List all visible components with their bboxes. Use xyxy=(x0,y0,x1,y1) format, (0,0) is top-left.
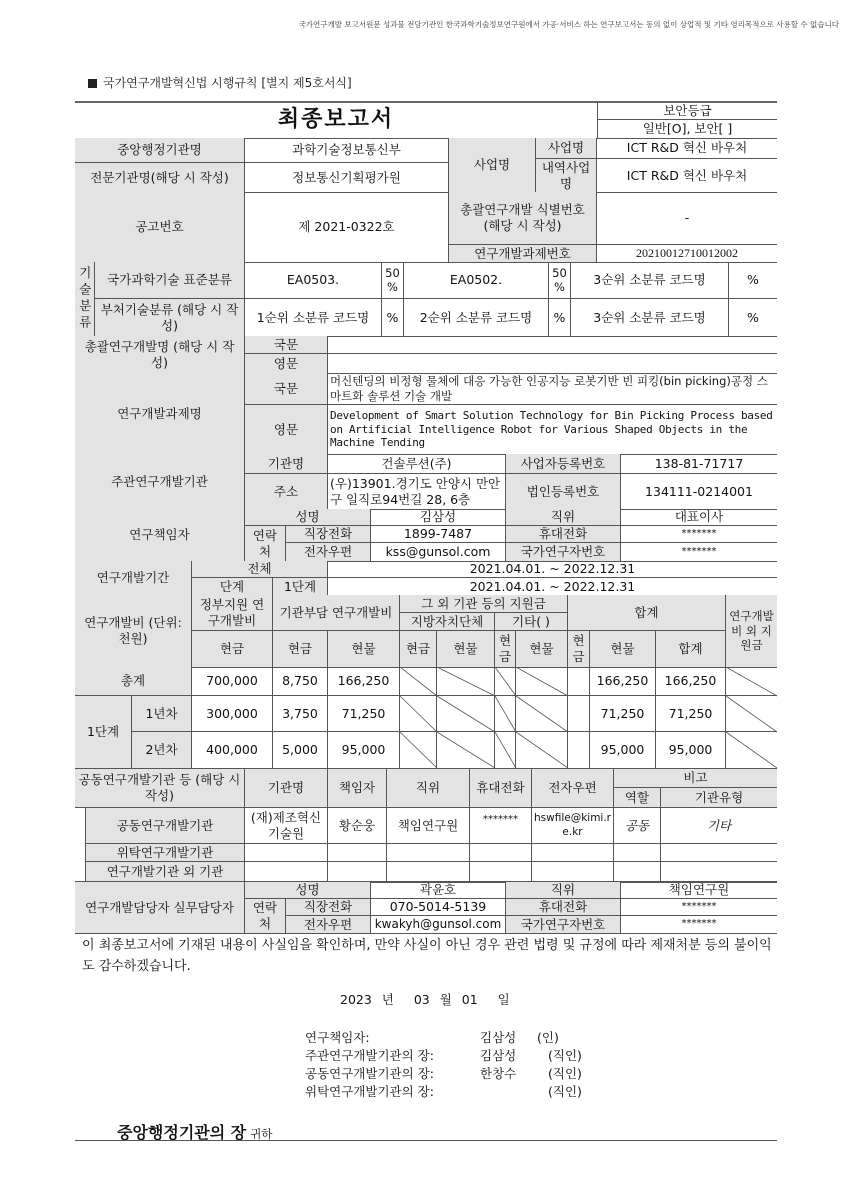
joint-row-cell xyxy=(661,844,777,862)
staff-position-value: 책임연구원 xyxy=(621,882,777,899)
staff-name-value: 곽윤호 xyxy=(371,882,506,899)
biz-reg-label: 사업자등록번호 xyxy=(506,454,621,474)
pi-mobile-value: ******* xyxy=(621,526,777,543)
tech-class-side-label: 기술분류 xyxy=(75,262,95,336)
joint-row-leader: 황순웅 xyxy=(328,808,387,844)
budget-cell: 8,750 xyxy=(273,667,328,696)
sub-business-label: 내역사업명 xyxy=(536,159,597,192)
overall-name-eng-value xyxy=(328,354,777,373)
joint-header-email: 전자우편 xyxy=(532,769,614,808)
overall-id-label: 총괄연구개발 식별번호 (해당 시 작성) xyxy=(449,192,597,245)
period-stage-label: 단계 xyxy=(192,578,273,595)
signature-role: 공동연구개발기관의 장: xyxy=(305,1064,434,1082)
budget-cell xyxy=(437,667,495,696)
budget-sum-label: 합계 xyxy=(568,595,726,631)
budget-cell: 95,000 xyxy=(656,732,726,768)
joint-row-cell xyxy=(614,862,661,881)
security-value: 일반[O], 보안[ ] xyxy=(597,120,777,138)
joint-row-category: 위탁연구개발기관 xyxy=(85,844,245,862)
joint-row-cell xyxy=(661,862,777,881)
budget-other-label: 그 외 기관 등의 지원금 xyxy=(400,595,568,613)
budget-cell xyxy=(495,696,516,732)
pi-office-phone-value: 1899-7487 xyxy=(371,526,506,543)
security-label: 보안등급 xyxy=(597,102,777,120)
project-title-kor-value: 머신텐딩의 비정형 물체에 대응 가능한 인공지능 로봇기반 빈 피킹(bin … xyxy=(328,373,777,405)
budget-org-label: 기관부담 연구개발비 xyxy=(273,595,400,631)
biz-reg-value: 138-81-71717 xyxy=(621,454,777,474)
budget-cell xyxy=(568,732,590,768)
lead-org-label: 주관연구개발기관 xyxy=(75,454,245,509)
joint-row-cell xyxy=(387,862,470,881)
budget-cell xyxy=(495,732,516,768)
budget-cell xyxy=(726,667,777,696)
budget-cell xyxy=(726,696,777,732)
signature-name: 한창수 xyxy=(480,1064,516,1082)
signature-role: 위탁연구개발기관의 장: xyxy=(305,1082,434,1100)
date-month: 03 xyxy=(414,992,430,1007)
pi-researcher-no-label: 국가연구자번호 xyxy=(506,543,621,561)
staff-office-phone-value: 070-5014-5139 xyxy=(371,899,506,916)
footer-rule xyxy=(75,1140,777,1141)
ministry-class-3-code: 3순위 소분류 코드명 xyxy=(571,299,729,336)
pi-office-phone-label: 직장전화 xyxy=(286,526,371,543)
square-bullet-icon xyxy=(88,79,97,88)
budget-outside-label: 연구개발비 외 지원금 xyxy=(726,595,777,667)
pi-email-value: kss@gunsol.com xyxy=(371,543,506,561)
budget-stage-label: 1단계 xyxy=(75,696,132,768)
budget-cell: 95,000 xyxy=(590,732,656,768)
joint-row-cell xyxy=(245,844,328,862)
joint-row-role: 공동 xyxy=(614,808,661,844)
local-kind-header: 현물 xyxy=(437,631,495,667)
central-agency-label: 중앙행정기관명 xyxy=(75,138,245,163)
national-class-1-code: EA0503. xyxy=(245,262,382,299)
joint-row-cell xyxy=(328,844,387,862)
budget-cell: 166,250 xyxy=(590,667,656,696)
date-year-unit: 년 xyxy=(382,992,394,1007)
staff-name-label: 성명 xyxy=(245,882,371,899)
joint-row-category: 연구개발기관 외 기관 xyxy=(85,862,245,881)
national-class-2-code: EA0502. xyxy=(404,262,549,299)
etc-kind-header: 현물 xyxy=(516,631,568,667)
date-year: 2023 xyxy=(340,992,372,1007)
budget-cell: 3,750 xyxy=(273,696,328,732)
business-label: 사업명 xyxy=(449,138,536,192)
staff-researcher-no-value: ******* xyxy=(621,916,777,933)
specialized-agency-label: 전문기관명(해당 시 작성) xyxy=(75,163,245,192)
divider xyxy=(75,933,777,934)
budget-cell xyxy=(437,696,495,732)
budget-cell xyxy=(437,732,495,768)
joint-row-org: (재)제조혁신기술원 xyxy=(245,808,328,844)
ministry-class-3-pct: % xyxy=(729,299,777,336)
signature-seal: (인) xyxy=(537,1028,559,1046)
date-day-unit: 일 xyxy=(498,992,510,1007)
gov-cash-header: 현금 xyxy=(192,631,273,667)
pi-email-label: 전자우편 xyxy=(286,543,371,561)
pi-name-value: 김삼성 xyxy=(371,509,506,526)
staff-mobile-label: 휴대전화 xyxy=(506,899,621,916)
budget-cell xyxy=(516,696,568,732)
date-day: 01 xyxy=(462,992,478,1007)
budget-cell xyxy=(495,667,516,696)
staff-mobile-value: ******* xyxy=(621,899,777,916)
etc-cash-header: 현금 xyxy=(495,631,516,667)
budget-year1-label: 1년차 xyxy=(132,696,192,732)
national-class-3-pct: % xyxy=(729,262,777,299)
specialized-agency-value: 정보통신기획평가원 xyxy=(245,163,449,192)
central-agency-value: 과학기술정보통신부 xyxy=(245,138,449,163)
joint-row-cell xyxy=(532,844,614,862)
joint-row-category: 공동연구개발기관 xyxy=(85,808,245,844)
national-class-label: 국가과학기술 표준분류 xyxy=(95,262,245,299)
sum-kind-header: 현물 xyxy=(590,631,656,667)
budget-cell: 71,250 xyxy=(656,696,726,732)
joint-header-note: 비고 xyxy=(614,769,777,788)
joint-header-org: 기관명 xyxy=(245,769,328,808)
signature-role: 주관연구개발기관의 장: xyxy=(305,1046,434,1064)
national-class-2-pct: 50 % xyxy=(549,262,571,299)
staff-email-label: 전자우편 xyxy=(286,916,371,933)
joint-header-mobile: 휴대전화 xyxy=(470,769,532,808)
ministry-class-1-code: 1순위 소분류 코드명 xyxy=(245,299,382,336)
announcement-value: 제 2021-0322호 xyxy=(245,192,449,262)
budget-cell: 71,250 xyxy=(328,696,400,732)
joint-row-cell xyxy=(470,844,532,862)
overall-id-value: - xyxy=(597,192,777,245)
overall-name-kor-label: 국문 xyxy=(245,336,328,354)
corp-reg-label: 법인등록번호 xyxy=(506,474,621,509)
joint-row-cell xyxy=(328,862,387,881)
announcement-label: 공고번호 xyxy=(75,192,245,262)
address-value: (우)13901.경기도 안양시 만안구 일직로94번길 28, 6층 xyxy=(328,474,506,509)
budget-cell xyxy=(568,696,590,732)
recipient-suffix: 귀하 xyxy=(250,1127,272,1141)
signature-seal: (직인) xyxy=(548,1082,582,1100)
budget-cell xyxy=(726,732,777,768)
form-reference: 국가연구개발혁신법 시행규칙 [별지 제5호서식] xyxy=(88,74,352,91)
sub-business-value: ICT R&D 혁신 바우처 xyxy=(597,159,777,192)
period-total-value: 2021.04.01. ~ 2022.12.31 xyxy=(328,561,777,578)
ministry-class-label: 부처기술분류 (해당 시 작성) xyxy=(95,299,245,336)
project-title-kor-label: 국문 xyxy=(245,373,328,405)
budget-cell: 400,000 xyxy=(192,732,273,768)
national-class-3-code: 3순위 소분류 코드명 xyxy=(571,262,729,299)
joint-header-type: 기관유형 xyxy=(661,788,777,808)
signature-name: 김삼성 xyxy=(480,1046,516,1064)
budget-local-label: 지방자치단체 xyxy=(400,613,495,631)
project-title-eng-value: Development of Smart Solution Technology… xyxy=(328,405,777,454)
budget-label: 연구개발비 (단위: 천원) xyxy=(75,595,192,667)
signature-name: 김삼성 xyxy=(480,1028,516,1046)
lead-org-name-label: 기관명 xyxy=(245,454,328,474)
joint-row-cell xyxy=(532,862,614,881)
staff-label: 연구개발담당자 실무담당자 xyxy=(75,882,245,933)
business-name-label: 사업명 xyxy=(536,138,597,159)
project-no-value: 20210012710012002 xyxy=(597,245,777,262)
joint-row-cell xyxy=(245,862,328,881)
budget-cell xyxy=(568,667,590,696)
pi-contact-label: 연락처 xyxy=(245,526,286,561)
report-date: 2023 년 03 월 01 일 xyxy=(340,990,510,1008)
pi-position-label: 직위 xyxy=(506,509,621,526)
joint-header-role: 역할 xyxy=(614,788,661,808)
budget-cell xyxy=(400,732,437,768)
ministry-class-1-pct: % xyxy=(382,299,404,336)
lead-org-name-value: 건솔루션(주) xyxy=(328,454,506,474)
date-month-unit: 월 xyxy=(440,992,452,1007)
budget-year2-label: 2년차 xyxy=(132,732,192,768)
project-title-label: 연구개발과제명 xyxy=(75,373,245,454)
pi-position-value: 대표이사 xyxy=(621,509,777,526)
joint-row-cell xyxy=(387,844,470,862)
joint-row-email: hswfile@kimi.re.kr xyxy=(532,808,614,844)
budget-cell xyxy=(516,667,568,696)
corp-reg-value: 134111-0214001 xyxy=(621,474,777,509)
national-class-1-pct: 50 % xyxy=(382,262,404,299)
joint-row-cell xyxy=(614,844,661,862)
pi-name-label: 성명 xyxy=(245,509,371,526)
address-label: 주소 xyxy=(245,474,328,509)
project-title-eng-label: 영문 xyxy=(245,405,328,454)
budget-etc-label: 기타( ) xyxy=(495,613,568,631)
confirmation-statement: 이 최종보고서에 기재된 내용이 사실임을 확인하며, 만약 사실이 아닌 경우… xyxy=(82,935,772,977)
org-cash-header: 현금 xyxy=(273,631,328,667)
staff-office-phone-label: 직장전화 xyxy=(286,899,371,916)
budget-cell: 71,250 xyxy=(590,696,656,732)
budget-cell xyxy=(400,667,437,696)
budget-cell: 166,250 xyxy=(656,667,726,696)
page-title: 최종보고서 xyxy=(75,102,597,138)
period-label: 연구개발기간 xyxy=(75,561,192,595)
business-name-value: ICT R&D 혁신 바우처 xyxy=(597,138,777,159)
joint-header-leader: 책임자 xyxy=(328,769,387,808)
local-cash-header: 현금 xyxy=(400,631,437,667)
budget-cell: 5,000 xyxy=(273,732,328,768)
overall-name-eng-label: 영문 xyxy=(245,354,328,373)
ministry-class-2-code: 2순위 소분류 코드명 xyxy=(404,299,549,336)
staff-email-value: kwakyh@gunsol.com xyxy=(371,916,506,933)
budget-gov-label: 정부지원 연구개발비 xyxy=(192,595,273,631)
period-total-label: 전체 xyxy=(192,561,328,578)
budget-cell: 95,000 xyxy=(328,732,400,768)
joint-row-cell xyxy=(470,862,532,881)
joint-row-position: 책임연구원 xyxy=(387,808,470,844)
org-kind-header: 현물 xyxy=(328,631,400,667)
joint-header-position: 직위 xyxy=(387,769,470,808)
pi-label: 연구책임자 xyxy=(75,509,245,561)
joint-row-type: 기타 xyxy=(661,808,777,844)
signature-role: 연구책임자: xyxy=(305,1028,370,1046)
sum-cash-header: 현금 xyxy=(568,631,590,667)
period-stage-name: 1단계 xyxy=(273,578,328,595)
staff-position-label: 직위 xyxy=(506,882,621,899)
pi-researcher-no-value: ******* xyxy=(621,543,777,561)
usage-notice: 국가연구개발 보고서원문 성과물 전담기관인 한국과학기술정보연구원에서 가공·… xyxy=(299,19,839,30)
budget-cell xyxy=(400,696,437,732)
period-stage-value: 2021.04.01. ~ 2022.12.31 xyxy=(328,578,777,595)
staff-researcher-no-label: 국가연구자번호 xyxy=(506,916,621,933)
form-reference-text: 국가연구개발혁신법 시행규칙 [별지 제5호서식] xyxy=(103,76,352,90)
budget-cell: 700,000 xyxy=(192,667,273,696)
project-no-label: 연구개발과제번호 xyxy=(449,245,597,262)
ministry-class-2-pct: % xyxy=(549,299,571,336)
overall-name-label: 총괄연구개발명 (해당 시 작성) xyxy=(75,336,245,373)
overall-name-kor-value xyxy=(328,336,777,354)
joint-label: 공동연구개발기관 등 (해당 시 작성) xyxy=(75,769,245,808)
budget-total-label: 총계 xyxy=(75,667,192,696)
budget-cell: 300,000 xyxy=(192,696,273,732)
staff-contact-label: 연락처 xyxy=(245,899,286,933)
budget-cell xyxy=(516,732,568,768)
signature-seal: (직인) xyxy=(548,1046,582,1064)
signature-seal: (직인) xyxy=(548,1064,582,1082)
budget-cell: 166,250 xyxy=(328,667,400,696)
joint-row-mobile: ******* xyxy=(470,808,532,844)
pi-mobile-label: 휴대전화 xyxy=(506,526,621,543)
sum-total-header: 합계 xyxy=(656,631,726,667)
